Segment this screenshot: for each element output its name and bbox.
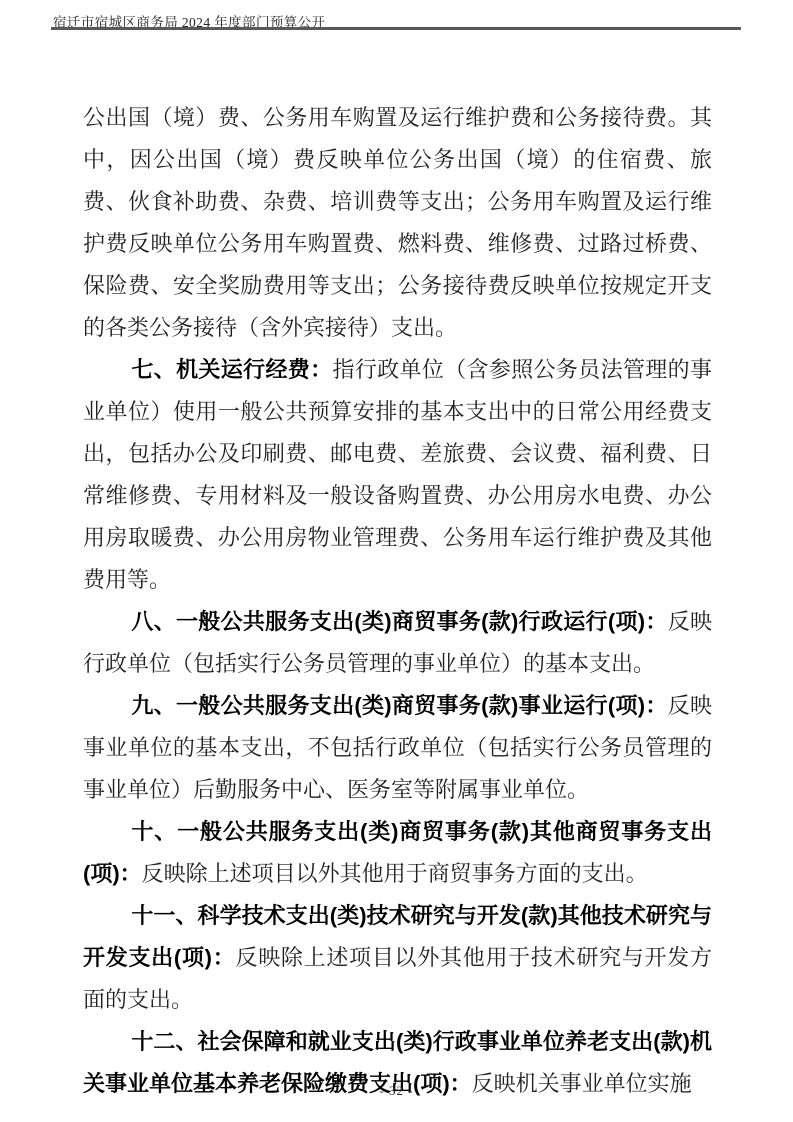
paragraph: 七、机关运行经费：指行政单位（含参照公务员法管理的事业单位）使用一般公共预算安排… <box>83 349 712 601</box>
document-page: 宿迁市宿城区商务局 2024 年度部门预算公开 公出国（境）费、公务用车购置及运… <box>0 0 793 1122</box>
page-number: - 32 - <box>0 1083 793 1099</box>
paragraph: 十一、科学技术支出(类)技术研究与开发(款)其他技术研究与开发支出(项)：反映除… <box>83 895 712 1021</box>
paragraph: 公出国（境）费、公务用车购置及运行维护费和公务接待费。其中，因公出国（境）费反映… <box>83 97 712 349</box>
paragraph-text: 指行政单位（含参照公务员法管理的事业单位）使用一般公共预算安排的基本支出中的日常… <box>83 357 712 592</box>
header-rule <box>51 27 741 30</box>
paragraph-heading: 九、一般公共服务支出(类)商贸事务(款)事业运行(项)： <box>131 693 667 718</box>
paragraph-text: 反映除上述项目以外其他用于商贸事务方面的支出。 <box>142 861 648 886</box>
document-body: 公出国（境）费、公务用车购置及运行维护费和公务接待费。其中，因公出国（境）费反映… <box>83 97 712 1105</box>
paragraph-text: 公出国（境）费、公务用车购置及运行维护费和公务接待费。其中，因公出国（境）费反映… <box>83 105 712 340</box>
paragraph: 九、一般公共服务支出(类)商贸事务(款)事业运行(项)：反映事业单位的基本支出，… <box>83 685 712 811</box>
paragraph-heading: 七、机关运行经费： <box>131 357 332 382</box>
paragraph-heading: 八、一般公共服务支出(类)商贸事务(款)行政运行(项)： <box>131 609 667 634</box>
paragraph: 十、一般公共服务支出(类)商贸事务(款)其他商贸事务支出(项)：反映除上述项目以… <box>83 811 712 895</box>
paragraph: 八、一般公共服务支出(类)商贸事务(款)行政运行(项)：反映行政单位（包括实行公… <box>83 601 712 685</box>
